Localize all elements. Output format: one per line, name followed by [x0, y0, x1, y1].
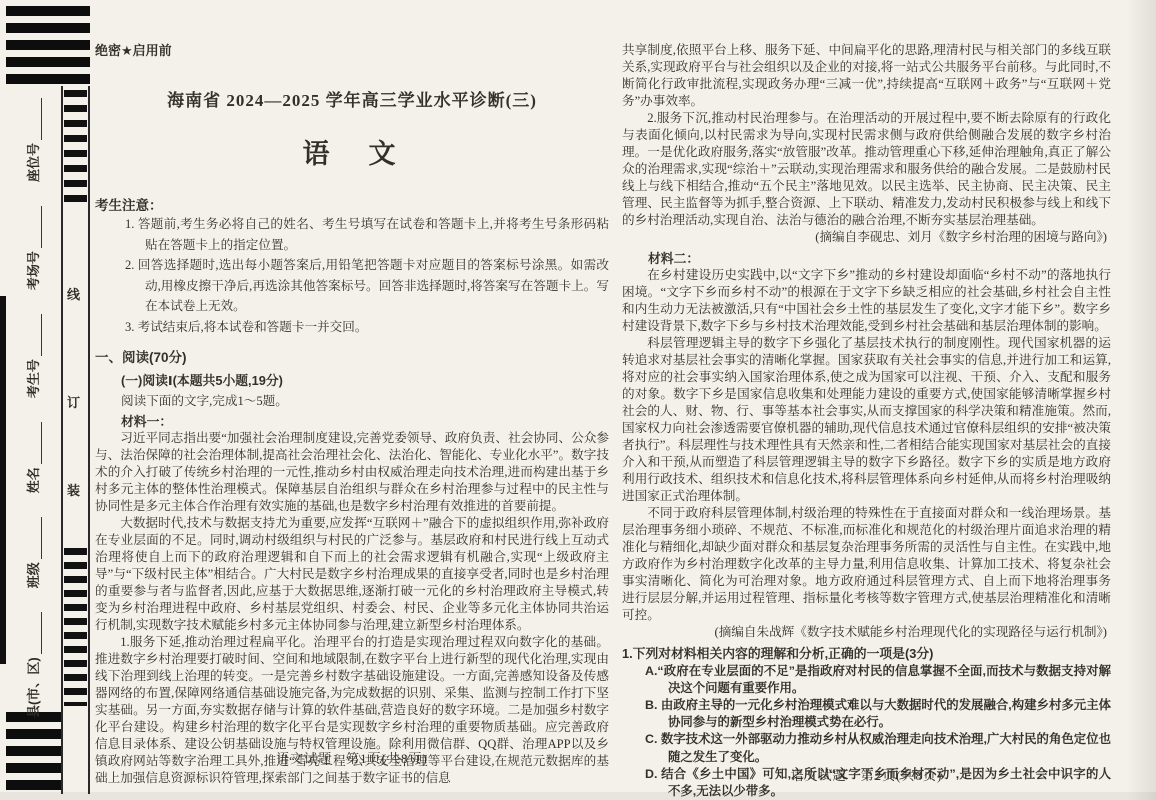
page-2-footer: 语文试题 第2页(共8页) — [622, 765, 1111, 784]
binding-rule-outer — [88, 86, 90, 794]
material-2-paragraph: 科层管理逻辑主导的数字下乡强化了基层技术执行的制度刚性。现代国家机器的运转追求对… — [622, 335, 1111, 505]
subsection-heading-reading-1: (一)阅读Ⅰ(本题共5小题,19分) — [121, 370, 609, 389]
field-county: 县(市、区) — [23, 612, 42, 718]
field-label: 姓名 — [23, 467, 42, 493]
write-in-blank — [28, 612, 42, 654]
material-1-paragraph: 大数据时代,技术与数据支持尤为重要,应发挥“互联网＋”融合下的虚拟组织作用,弥补… — [95, 515, 609, 634]
scan-shadow-right — [1126, 0, 1156, 800]
material-1-paragraph: 2.服务下沉,推动村民治理参与。在治理活动的开展过程中,要不断去除原有的行政化与… — [622, 110, 1111, 229]
field-class: 班级 — [23, 517, 42, 588]
field-label: 班级 — [23, 562, 42, 588]
field-candidate-number: 考生号 — [23, 314, 42, 398]
student-info-fields: 县(市、区) 班级 姓名 考生号 考场号 座位号 — [20, 98, 44, 718]
field-label: 座位号 — [23, 143, 42, 182]
registration-bars-top — [6, 6, 90, 86]
write-in-blank — [28, 98, 42, 140]
write-in-blank — [28, 206, 42, 248]
field-label: 考场号 — [23, 251, 42, 290]
write-in-blank — [28, 517, 42, 559]
scan-edge-strip — [0, 296, 6, 664]
binding-line-char: 线 — [67, 284, 80, 303]
section-heading-reading: 一、阅读(70分) — [95, 346, 609, 366]
material-2-paragraph: 在乡村建设历史实践中,以“文字下乡”推动的乡村建设却面临“乡村不动”的落地执行困… — [622, 267, 1111, 335]
material-2-label: 材料二： — [648, 250, 1111, 267]
field-seat-number: 座位号 — [23, 98, 42, 182]
registration-bars-bottom — [6, 712, 62, 794]
field-name: 姓名 — [23, 422, 42, 493]
exam-page-2: 共享制度,依照平台上移、服务下延、中间扁平化的思路,理清村民与相关部门的多线互联… — [622, 42, 1111, 800]
question-1-stem: 1.下列对材料相关内容的理解和分析,正确的一项是(3分) — [622, 645, 1111, 663]
field-label: 考生号 — [23, 359, 42, 398]
material-1-attribution: (摘编自李砚忠、刘月《数字乡村治理的困境与路向》) — [622, 229, 1111, 247]
subject-title: 语 文 — [95, 132, 609, 171]
field-label: 县(市、区) — [23, 657, 42, 718]
timing-marks-bottom — [64, 548, 87, 706]
timing-marks-top — [64, 90, 87, 206]
material-2-paragraph: 不同于政府科层管理体制,村级治理的特殊性在于直接面对群众和一线治理场景。基层治理… — [622, 505, 1111, 624]
write-in-blank — [28, 422, 42, 464]
field-exam-room: 考场号 — [23, 206, 42, 290]
question-1-option-b: B. 由政府主导的一元化乡村治理模式难以与大数据时代的发展融合,构建乡村多元主体… — [622, 697, 1111, 731]
reading-instruction: 阅读下面的文字,完成1～5题。 — [121, 393, 609, 410]
candidate-notice-item: 2. 回答选择题时,选出每小题答案后,用铅笔把答题卡对应题目的答案标号涂黑。如需… — [95, 255, 609, 317]
candidate-notice-title: 考生注意： — [95, 194, 609, 214]
question-1-option-c: C. 数字技术这一外部驱动力推动乡村从权威治理走向技术治理,广大村民的角色定位也… — [622, 731, 1111, 765]
material-1-paragraph: 习近平同志指出要“加强社会治理制度建设,完善党委领导、政府负责、社会协同、公众参… — [95, 430, 609, 515]
question-1-option-a: A.“政府在专业层面的不足”是指政府对村民的信息掌握不全面,而技术与数据支持对解… — [622, 663, 1111, 697]
material-1-label: 材料一： — [121, 413, 609, 430]
binding-rule-inner — [61, 86, 63, 794]
material-1-continuation-paragraph: 共享制度,依照平台上移、服务下延、中间扁平化的思路,理清村民与相关部门的多线互联… — [622, 42, 1111, 110]
binding-line-char: 装 — [67, 480, 80, 499]
exam-page-1: 绝密★启用前 海南省 2024—2025 学年高三学业水平诊断(三) 语 文 考… — [95, 40, 609, 787]
write-in-blank — [28, 314, 42, 356]
material-2-attribution: (摘编自朱战辉《数字技术赋能乡村治理现代化的实现路径与运行机制》) — [622, 624, 1111, 642]
scanned-exam-paper: { "scan": { "margin_fields": ["县(市、区)", … — [0, 0, 1156, 800]
candidate-notice-item: 3. 考试结束后,将本试卷和答题卡一并交回。 — [95, 317, 609, 338]
page-1-footer: 语文试题 第1页(共8页) — [95, 748, 609, 767]
candidate-notice-item: 1. 答题前,考生务必将自己的姓名、考生号填写在试卷和答题卡上,并将考生号条形码… — [95, 214, 609, 255]
binding-line-char: 订 — [67, 392, 80, 411]
security-classification-label: 绝密★启用前 — [95, 40, 609, 59]
exam-title: 海南省 2024—2025 学年高三学业水平诊断(三) — [95, 86, 609, 111]
